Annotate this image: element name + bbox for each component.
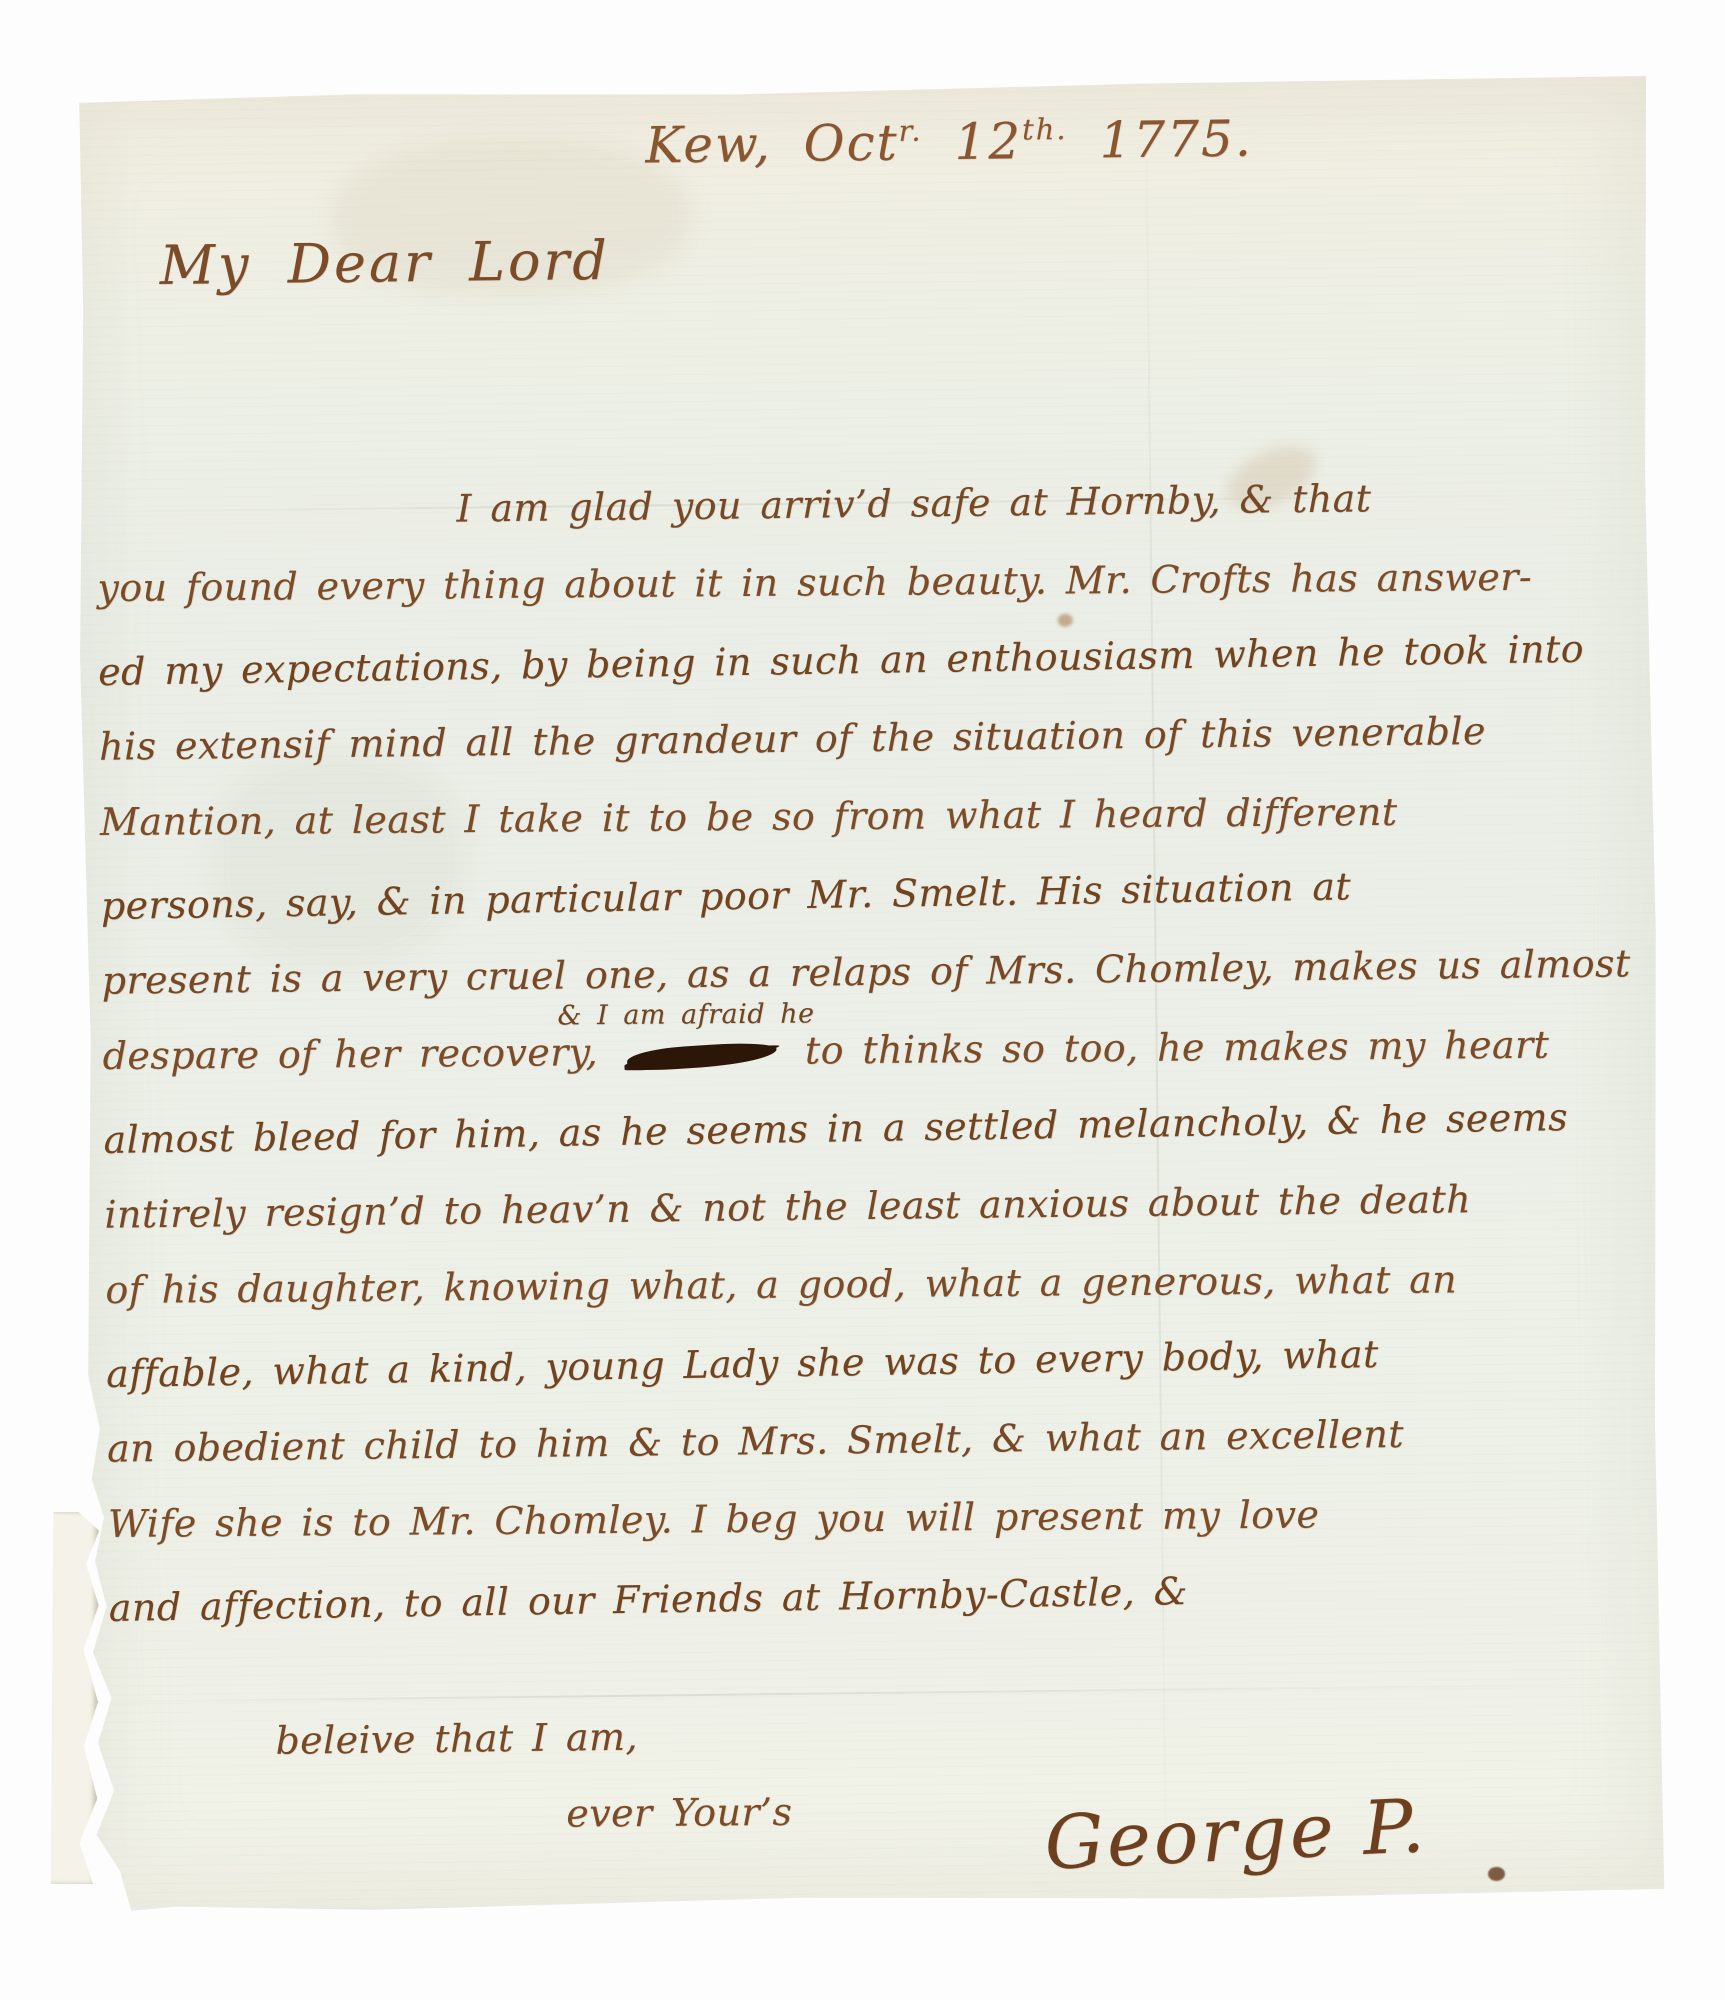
crossout-after-text: to thinks so too, he makes my heart xyxy=(805,1023,1550,1073)
dateline-superscript: th. xyxy=(1022,112,1068,147)
dateline: Kew, Octr. 12th. 1775. xyxy=(645,110,1253,175)
letter-photograph: Kew, Octr. 12th. 1775. My Dear Lord I am… xyxy=(0,0,1725,2000)
dateline-day: 12 xyxy=(922,112,1022,171)
dateline-place: Kew, Oct xyxy=(645,114,899,175)
letter-body: I am glad you arriv’d safe at Hornby, & … xyxy=(96,473,1648,1876)
closing-line: beleive that I am, xyxy=(275,1703,1647,1797)
crossout-before-text: despare of her recovery, xyxy=(103,1030,599,1078)
ink-spot xyxy=(1488,1867,1505,1881)
ink-blot-crossout xyxy=(626,1040,777,1072)
interlinear-insertion: & I am afraid he xyxy=(557,998,814,1031)
letter-line: I am glad you arriv’d safe at Hornby, & … xyxy=(96,473,1633,568)
torn-edge-flap xyxy=(51,1512,100,1884)
salutation: My Dear Lord xyxy=(159,229,610,297)
dateline-superscript: r. xyxy=(898,114,922,148)
signature: George P. xyxy=(1043,1783,1429,1887)
dateline-year: 1775. xyxy=(1067,110,1253,170)
letter-paper: Kew, Octr. 12th. 1775. My Dear Lord I am… xyxy=(70,75,1669,1915)
